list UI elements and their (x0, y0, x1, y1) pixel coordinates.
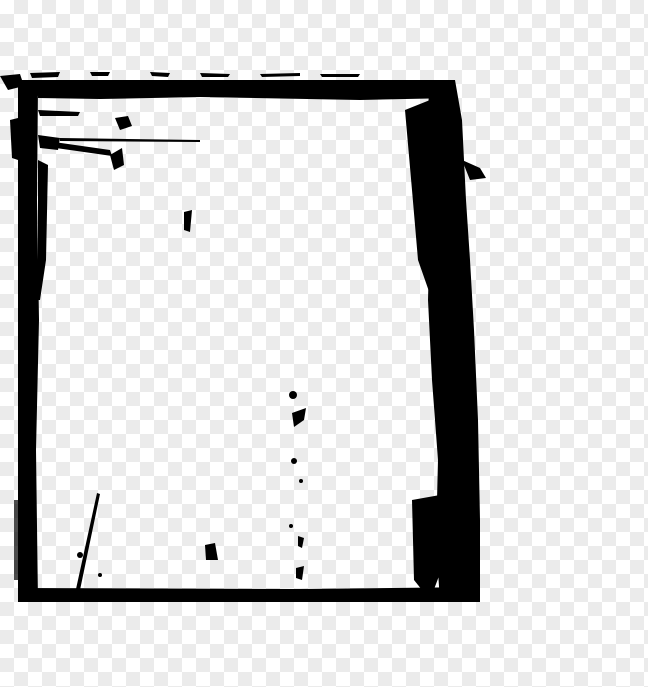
frame-left-edge (18, 80, 39, 602)
grunge-frame (0, 0, 648, 687)
frame-top-edge (18, 80, 455, 100)
frame-bottom-edge (18, 587, 480, 602)
